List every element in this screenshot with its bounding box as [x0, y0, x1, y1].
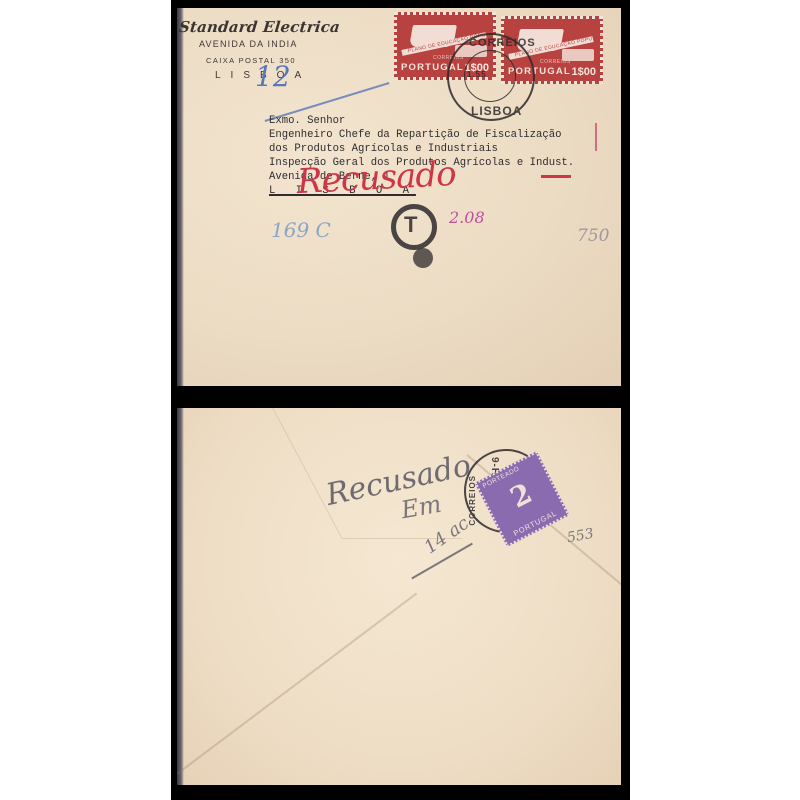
address-line: Exmo. Senhor — [269, 114, 574, 128]
tax-mark-letter: T — [404, 212, 417, 238]
red-handwritten-signature: Recusado — [296, 154, 457, 202]
envelope-edge-shadow — [177, 8, 184, 386]
sender-street: AVENIDA DA INDIA — [199, 39, 298, 49]
address-line: dos Produtos Agrícolas e Industriais — [269, 142, 574, 156]
postmark-top-text: CORREIOS — [469, 37, 536, 49]
envelope-back: Recusado Em 14 ac 9-H CORREIOS PORTEADO … — [177, 408, 621, 785]
envelope-edge-shadow — [177, 408, 184, 785]
grey-handwritten-number: 750 — [577, 226, 609, 246]
stamp-value: 1$00 — [572, 66, 596, 78]
postage-due-t-mark: T — [391, 204, 437, 250]
blue-handwritten-number: 169 C — [271, 218, 331, 242]
envelope-front: Standard Electrica AVENIDA DA INDIA CAIX… — [177, 8, 621, 386]
postmark-date: 1.55 — [467, 70, 487, 79]
ink-smudge — [413, 248, 433, 268]
postmark-lisboa: CORREIOS 1.55 LISBOA — [447, 33, 535, 121]
sender-company: Standard Electrica — [178, 18, 341, 36]
pink-handwritten-mark: 2.08 — [449, 208, 485, 227]
handwritten-number: 553 — [566, 526, 595, 546]
stamp-label: CORREIOS — [540, 59, 571, 65]
pink-pen-mark — [595, 123, 597, 151]
envelope-flap-fold-left — [177, 593, 417, 775]
blue-handwritten-mark: 12 — [255, 60, 291, 93]
address-line: Engenheiro Chefe da Repartição de Fiscal… — [269, 128, 574, 142]
red-pen-stroke — [541, 175, 571, 178]
due-stamp-value: 2 — [505, 476, 537, 514]
